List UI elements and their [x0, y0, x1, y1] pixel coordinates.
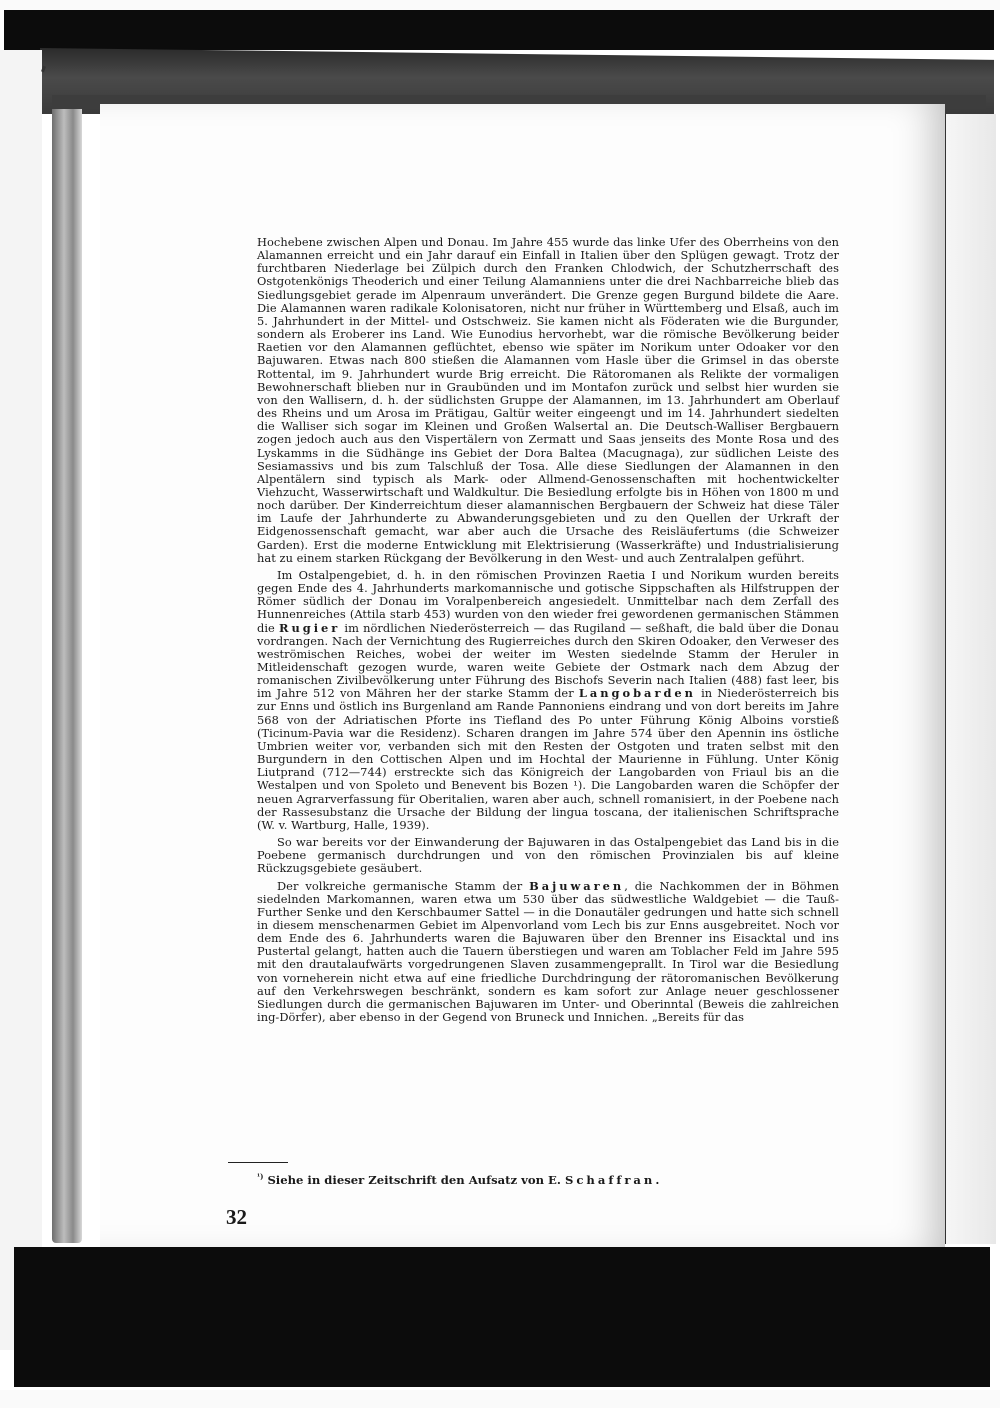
footnote-text: Siehe in dieser Zeitschrift den Aufsatz …	[267, 1173, 565, 1187]
footnote-divider	[228, 1162, 288, 1163]
emphasized-name: Bajuwaren	[529, 879, 624, 893]
text-run: So war bereits vor der Einwanderung der …	[257, 835, 839, 875]
emphasized-name: Langobarden	[579, 686, 696, 700]
footnote-marker: ¹)	[257, 1172, 263, 1181]
paragraph-p4: Der volkreiche germanische Stamm der Baj…	[257, 880, 839, 1025]
scan-background-top	[4, 10, 994, 50]
footnote: ¹) Siehe in dieser Zeitschrift den Aufsa…	[257, 1172, 659, 1187]
text-run: Hochebene zwischen Alpen und Donau. Im J…	[257, 235, 839, 565]
book-spine	[52, 95, 82, 1243]
emphasized-name: Rugier	[279, 621, 340, 635]
page-number: 32	[226, 1205, 247, 1230]
paragraph-p3: So war bereits vor der Einwanderung der …	[257, 836, 839, 875]
footnote-end: .	[655, 1173, 659, 1187]
footnote-author: Schaffran	[565, 1173, 655, 1187]
text-run: in Niederösterreich bis zur Enns und öst…	[257, 686, 839, 832]
scan-margin-bottom	[0, 1390, 1000, 1408]
text-run: , die Nachkommen der in Böhmen siedelnde…	[257, 879, 839, 1025]
scan-background-bottom	[14, 1247, 990, 1387]
facing-page-edge	[945, 114, 996, 1244]
scan-margin-left	[0, 50, 42, 1350]
text-run: Der volkreiche germanische Stamm der	[277, 879, 529, 893]
paragraph-p1: Hochebene zwischen Alpen und Donau. Im J…	[257, 236, 839, 565]
paragraph-p2: Im Ostalpengebiet, d. h. in den römische…	[257, 569, 839, 832]
body-text: Hochebene zwischen Alpen und Donau. Im J…	[257, 236, 839, 1024]
scan-margin-top	[0, 0, 1000, 10]
